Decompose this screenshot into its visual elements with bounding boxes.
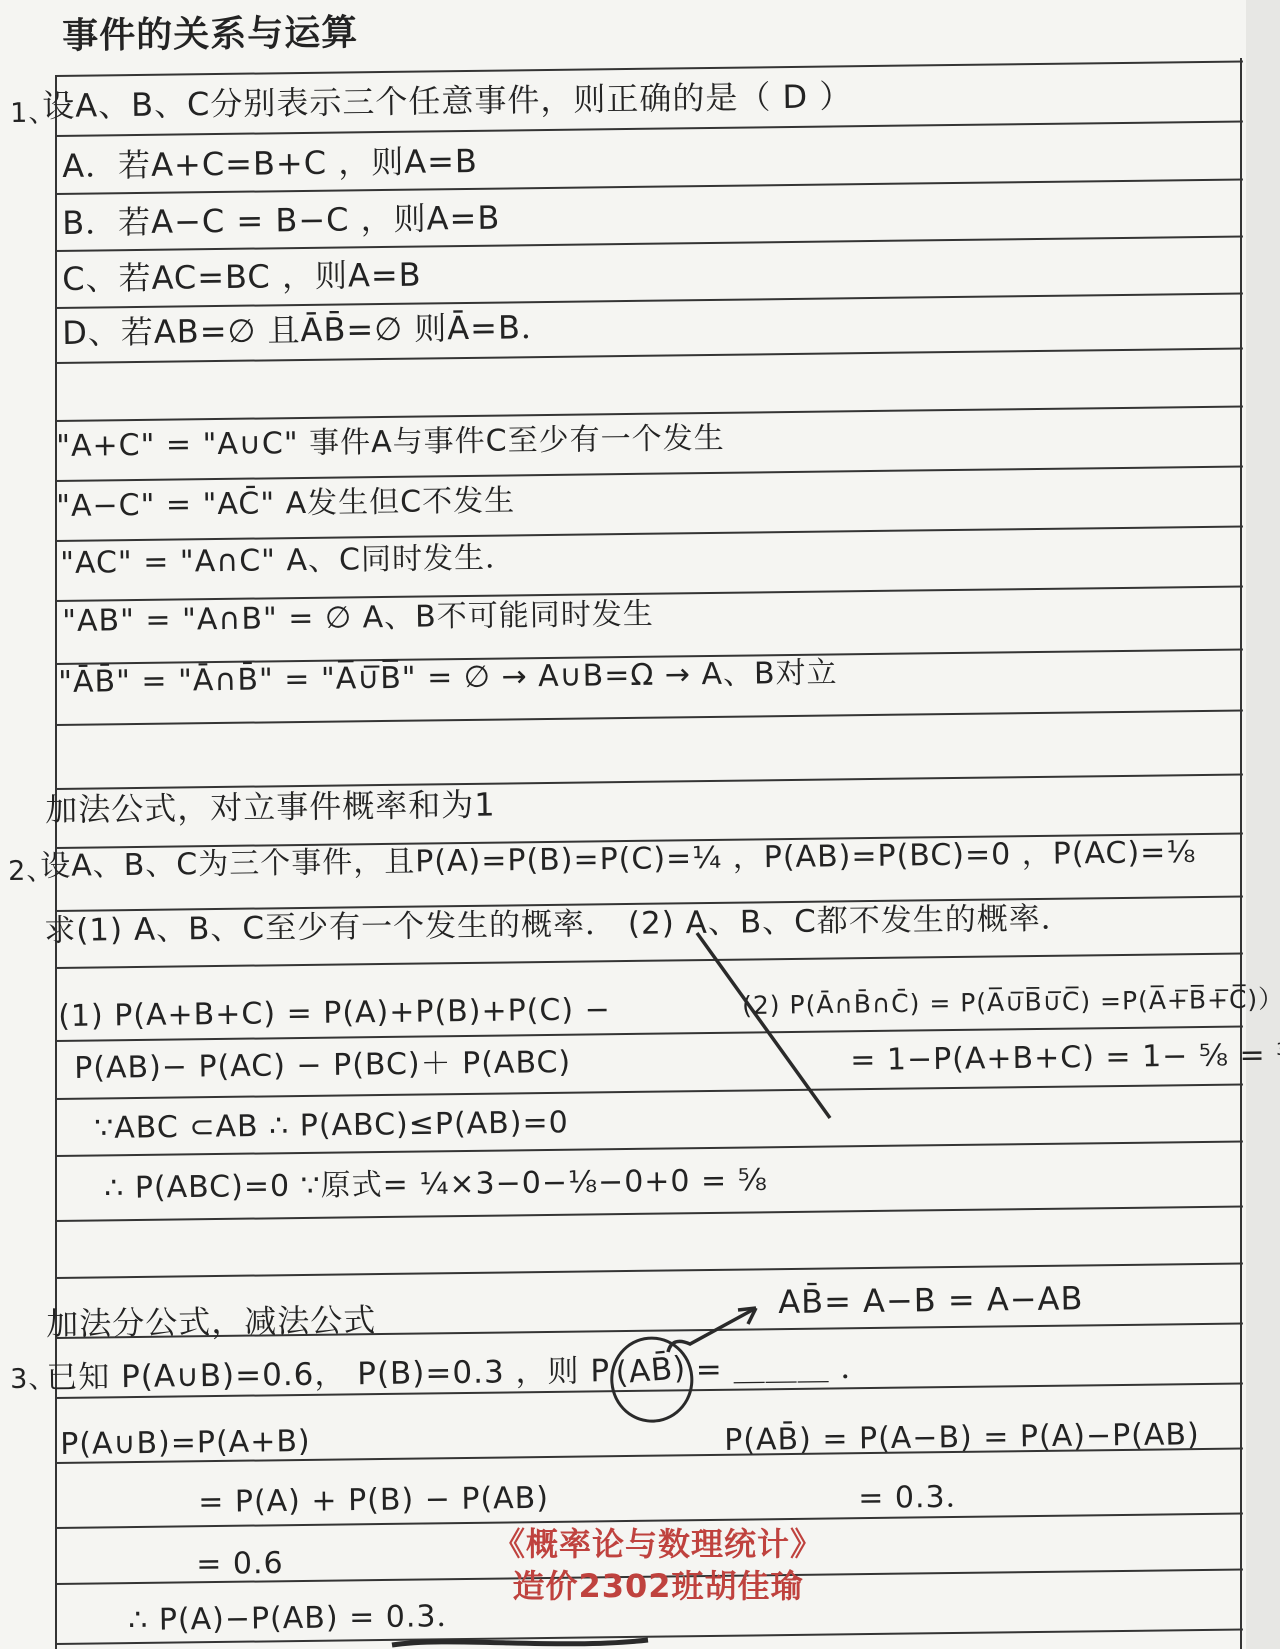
watermark-line1: 《概率论与数理统计》 (488, 1524, 828, 1566)
ruled-line (55, 525, 1243, 542)
work6-right: = 0.3． (858, 1481, 977, 1517)
note-union: "A+C" = "A∪C" 事件A与事件C至少有一个发生 (56, 422, 725, 465)
note-ab-complement: AB̄= A−B = A−AB (778, 1280, 1084, 1321)
heading-addition-formula: 加法公式，对立事件概率和为1 (45, 786, 496, 828)
page-title: 事件的关系与运算 (62, 12, 358, 57)
ruled-line (55, 120, 1243, 137)
work1-right: (2) P(Ā∩B̄∩C̄) = P(A̅∪̅B̅∪̅C̅) =P(A̅+̅B… (742, 985, 1280, 1020)
arrow-head (738, 1308, 756, 1324)
option-a: A．若A+C=B+C ，则A=B (62, 143, 478, 185)
work7: = 0.6 (196, 1547, 284, 1583)
option-d: D、若AB=∅ 且ĀB̄=∅ 则Ā=B． (62, 309, 554, 352)
ruled-line (55, 60, 1243, 77)
margin-line-right (1240, 58, 1242, 1649)
problem3-prefix: 已知 P(A∪B)=0.6， P(B)=0.3 ，则 P (46, 1353, 610, 1396)
problem3-suffix: = ＿＿＿ ． (696, 1350, 873, 1388)
ruled-line (55, 952, 1243, 969)
option-c: C、若AC=BC ，则A=B (62, 257, 422, 298)
ruled-line (55, 709, 1243, 726)
problem3-stem: 已知 P(A∪B)=0.6， P(B)=0.3 ，则 P(AB̄)= ＿＿＿ ． (46, 1348, 873, 1400)
option-b: B．若A−C = B−C ，则A=B (62, 200, 501, 242)
ruled-line (55, 405, 1243, 422)
work4: ∴ P(ABC)=0 ∵原式= ¼×3−0−⅛−0+0 = ⅝ (104, 1164, 768, 1207)
work2-left: P(AB)− P(AC) − P(BC)＋ P(ABC) (74, 1046, 571, 1087)
ruled-line (55, 347, 1243, 364)
work5-right: P(AB̄) = P(A−B) = P(A)−P(AB) (724, 1418, 1200, 1458)
note-intersection: "AC" = "A∩C" A、C同时发生． (60, 541, 516, 581)
problem1-stem: 设A、B、C分别表示三个任意事件，则正确的是（ D ） (42, 78, 853, 125)
bottom-edge-stroke (392, 1640, 648, 1645)
problem2-stem: 设A、B、C为三个事件，且P(A)=P(B)=P(C)=¼ ，P(AB)=P(B… (40, 836, 1197, 885)
page-right-gutter (1246, 0, 1280, 1649)
heading-subtraction-formula: 加法分公式，减法公式 (46, 1302, 376, 1343)
work3: ∵ABC ⊂AB ∴ P(ABC)≤P(AB)=0 (94, 1106, 569, 1146)
note-mutually-exclusive: "AB" = "A∩B" = ∅ A、B不可能同时发生 (62, 598, 654, 640)
ruled-line (55, 1205, 1243, 1222)
work1-left: (1) P(A+B+C) = P(A)+P(B)+P(C) − (58, 993, 611, 1034)
work8: ∴ P(A)−P(AB) = 0.3． (128, 1600, 468, 1639)
ruled-line (55, 773, 1243, 790)
notebook-page: 事件的关系与运算 1、 设A、B、C分别表示三个任意事件，则正确的是（ D ） … (0, 0, 1280, 1649)
ruled-line (55, 1262, 1243, 1279)
watermark-line2: 造价2302班胡佳瑜 (488, 1566, 828, 1608)
watermark: 《概率论与数理统计》 造价2302班胡佳瑜 (488, 1524, 828, 1607)
note-opposite-events: "ĀB̄" = "Ā∩B̄" = "A̅∪̅B̅" = ∅ → A∪B=Ω … (58, 656, 838, 700)
work6-left: = P(A) + P(B) − P(AB) (198, 1482, 549, 1521)
note-difference: "A−C" = "AC̄" A发生但C不发生 (56, 484, 515, 524)
ruled-line (55, 1083, 1243, 1100)
ruled-line (55, 465, 1243, 482)
circle-annotation: (AB̄) (607, 1333, 696, 1425)
work2-right: = 1−P(A+B+C) = 1− ⅝ = ⅜ (850, 1038, 1280, 1078)
work5-left: P(A∪B)=P(A+B) (60, 1425, 311, 1463)
